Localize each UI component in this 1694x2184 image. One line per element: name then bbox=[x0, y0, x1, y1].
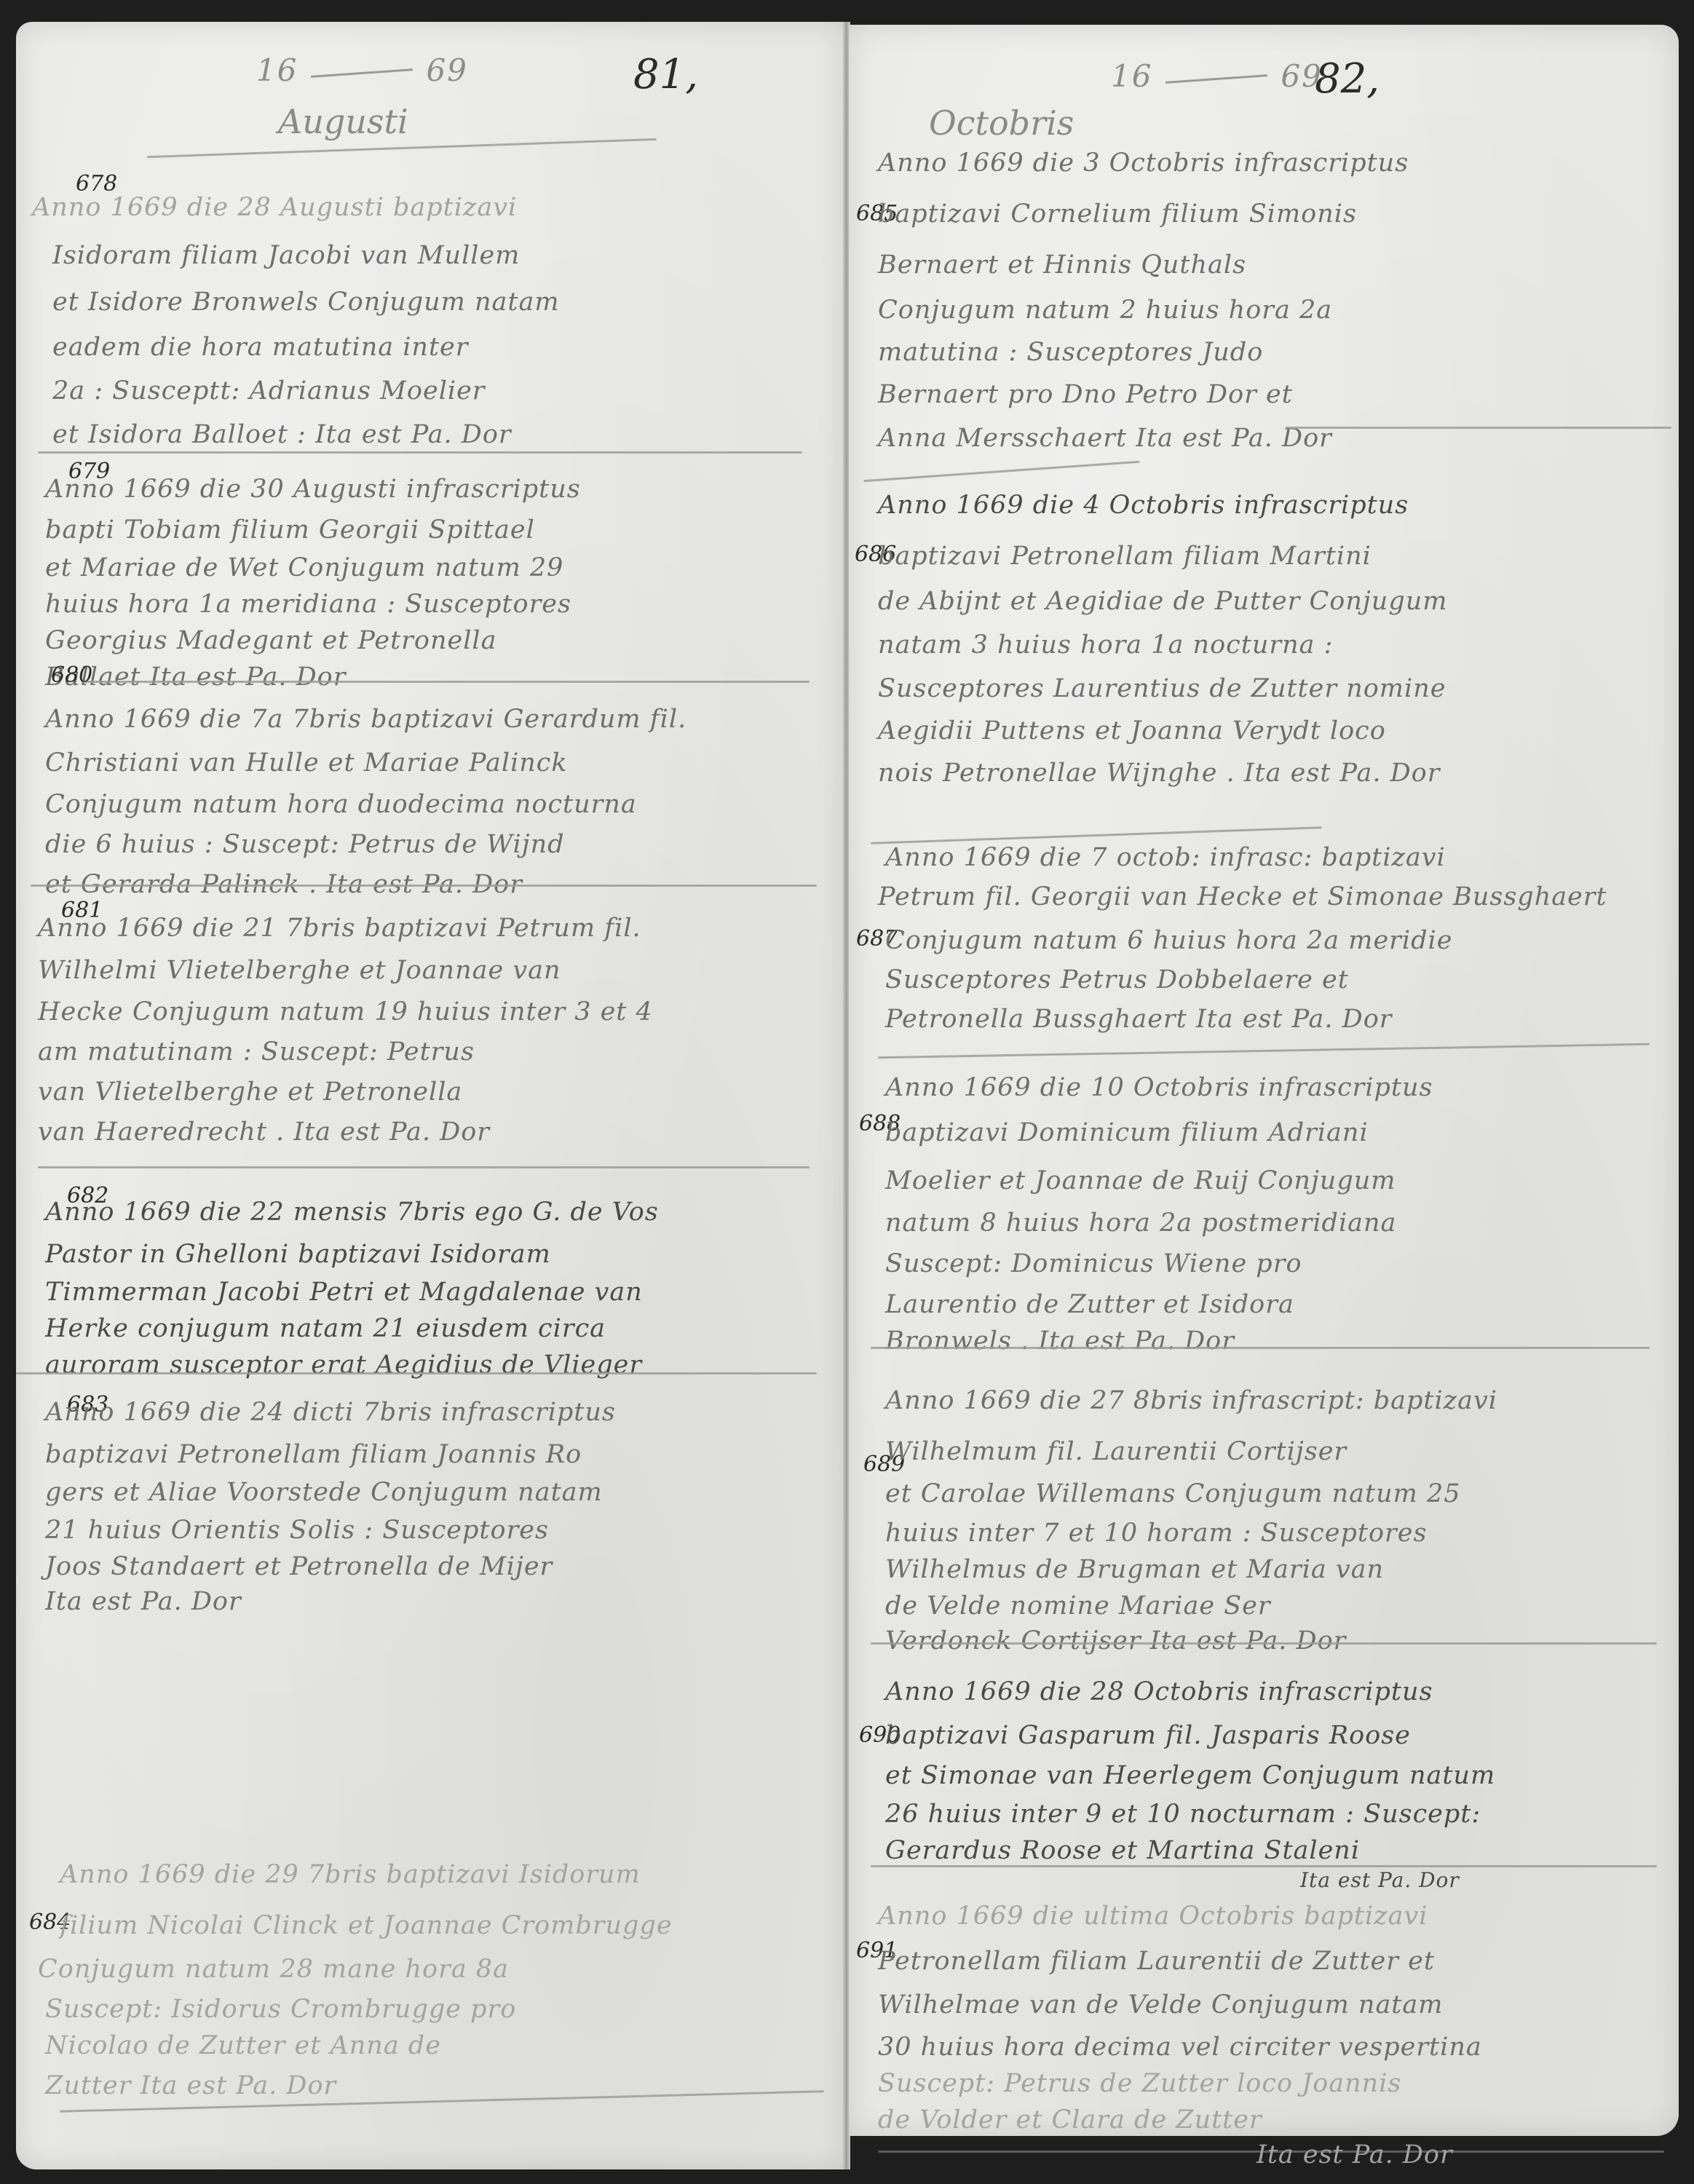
entry-line: auroram susceptor erat Aegidius de Vlieg… bbox=[45, 1350, 642, 1380]
entry-line: Anno 1669 die 27 8bris infrascript: bapt… bbox=[885, 1386, 1497, 1415]
entry-line: Ita est Pa. Dor bbox=[1256, 2140, 1453, 2169]
entry-line: Conjugum natum hora duodecima nocturna bbox=[45, 790, 637, 819]
entry-line: Anno 1669 die 7 octob: infrasc: baptizav… bbox=[885, 843, 1446, 872]
entry-line: Bernaert et Hinnis Quthals bbox=[878, 250, 1246, 280]
year-suffix: 69 bbox=[426, 52, 467, 88]
month-heading: Augusti bbox=[278, 102, 408, 141]
left-page-header: 1669 81, Augusti bbox=[16, 35, 844, 122]
entry-line: baptizavi Cornelium filium Simonis bbox=[878, 199, 1357, 229]
right-page: 1669 82, Octobris 685 Anno 1669 die 3 Oc… bbox=[849, 25, 1679, 2136]
entry-line: Anno 1669 die 22 mensis 7bris ego G. de … bbox=[45, 1198, 659, 1227]
entry-line: Anno 1669 die 10 Octobris infrascriptus bbox=[885, 1073, 1433, 1102]
entry-line: Gerardus Roose et Martina Staleni bbox=[885, 1836, 1360, 1865]
entry-separator bbox=[871, 1642, 1657, 1645]
entry-line: de Volder et Clara de Zutter bbox=[878, 2105, 1262, 2134]
entry-line: huius hora 1a meridiana : Susceptores bbox=[45, 590, 571, 619]
entry-line: eadem die hora matutina inter bbox=[52, 333, 468, 362]
entry-line: Aegidii Puttens et Joanna Verydt loco bbox=[878, 716, 1386, 745]
entry-line: Pastor in Ghelloni baptizavi Isidoram bbox=[45, 1240, 551, 1269]
entry-separator bbox=[871, 1865, 1657, 1867]
entry-line: am matutinam : Suscept: Petrus bbox=[38, 1037, 475, 1067]
year-flourish bbox=[1166, 74, 1268, 84]
entry-line: Wilhelmum fil. Laurentii Cortijser bbox=[885, 1437, 1347, 1466]
entry-line: die 6 huius : Suscept: Petrus de Wijnd bbox=[45, 830, 565, 859]
entry-line: Hecke Conjugum natum 19 huius inter 3 et… bbox=[38, 997, 653, 1026]
entry-line: bapti Tobiam filium Georgii Spittael bbox=[45, 515, 535, 545]
entry-line: 30 huius hora decima vel circiter vesper… bbox=[878, 2033, 1482, 2062]
entry-line: Anno 1669 die 28 Octobris infrascriptus bbox=[885, 1677, 1433, 1706]
entry-line: Bernaert pro Dno Petro Dor et bbox=[878, 380, 1293, 409]
entry-line: Anno 1669 die 29 7bris baptizavi Isidoru… bbox=[60, 1860, 641, 1889]
entry-line: Suscept: Dominicus Wiene pro bbox=[885, 1249, 1302, 1278]
year-heading: 1669 bbox=[1111, 58, 1323, 94]
year-heading: 1669 bbox=[256, 52, 468, 88]
entry-line: et Isidora Balloet : Ita est Pa. Dor bbox=[52, 420, 512, 449]
entry-line: et Isidore Bronwels Conjugum natam bbox=[52, 288, 560, 317]
entry-line: gers et Aliae Voorstede Conjugum natam bbox=[45, 1478, 603, 1507]
entry-line: Timmerman Jacobi Petri et Magdalenae van bbox=[45, 1278, 643, 1307]
entry-line: et Simonae van Heerlegem Conjugum natum bbox=[885, 1761, 1495, 1790]
entry-line: Herke conjugum natam 21 eiusdem circa bbox=[45, 1314, 606, 1343]
entry-line: Joos Standaert et Petronella de Mijer bbox=[45, 1552, 553, 1581]
entry-line: Ita est Pa. Dor bbox=[1300, 1868, 1460, 1892]
entry-line: Georgius Madegant et Petronella bbox=[45, 626, 497, 655]
entry-separator bbox=[38, 451, 802, 454]
entry-line: Suscept: Petrus de Zutter loco Joannis bbox=[878, 2069, 1401, 2098]
entry-separator bbox=[1286, 427, 1671, 429]
entry-line: nois Petronellae Wijnghe . Ita est Pa. D… bbox=[878, 759, 1441, 788]
entry-line: Conjugum natum 2 huius hora 2a bbox=[878, 296, 1332, 325]
entry-line: Isidoram filiam Jacobi van Mullem bbox=[52, 241, 520, 270]
entry-line: Petronellam filiam Laurentii de Zutter e… bbox=[878, 1947, 1435, 1976]
entry-line: baptizavi Petronellam filiam Martini bbox=[878, 542, 1372, 571]
entry-line: Verdonck Cortijser Ita est Pa. Dor bbox=[885, 1626, 1346, 1655]
entry-line: Moelier et Joannae de Ruij Conjugum bbox=[885, 1166, 1396, 1195]
entry-line: van Haeredrecht . Ita est Pa. Dor bbox=[38, 1117, 490, 1147]
entry-line: Christiani van Hulle et Mariae Palinck bbox=[45, 748, 568, 778]
entry-line: baptizavi Dominicum filium Adriani bbox=[885, 1118, 1369, 1147]
entry-separator bbox=[38, 1166, 810, 1168]
year-prefix: 16 bbox=[1111, 58, 1152, 94]
entry-line: Susceptores Laurentius de Zutter nomine bbox=[878, 674, 1446, 703]
entry-line: Petrum fil. Georgii van Hecke et Simonae… bbox=[878, 882, 1607, 911]
entry-line: Conjugum natum 6 huius hora 2a meridie bbox=[885, 926, 1452, 955]
entry-separator bbox=[871, 826, 1322, 844]
entry-line: van Vlietelberghe et Petronella bbox=[38, 1077, 462, 1107]
entry-line: Anno 1669 die 30 Augusti infrascriptus bbox=[45, 475, 581, 504]
entry-line: baptizavi Gasparum fil. Jasparis Roose bbox=[885, 1721, 1411, 1750]
entry-line: matutina : Susceptores Judo bbox=[878, 338, 1263, 367]
entry-line: Anna Mersschaert Ita est Pa. Dor bbox=[878, 424, 1332, 453]
entry-line: de Velde nomine Mariae Ser bbox=[885, 1591, 1271, 1621]
entry-separator bbox=[16, 1372, 817, 1374]
entry-separator bbox=[82, 681, 810, 683]
entry-line: Petronella Bussghaert Ita est Pa. Dor bbox=[885, 1005, 1393, 1034]
entry-line: Wilhelmus de Brugman et Maria van bbox=[885, 1555, 1384, 1584]
entry-number: 680 bbox=[51, 662, 92, 688]
folio-number: 82, bbox=[1315, 55, 1380, 103]
year-flourish bbox=[312, 68, 413, 78]
entry-line: 21 huius Orientis Solis : Susceptores bbox=[45, 1516, 549, 1545]
folio-number: 81, bbox=[633, 51, 698, 98]
entry-line: Wilhelmae van de Velde Conjugum natam bbox=[878, 1990, 1443, 2019]
entry-line: natam 3 huius hora 1a nocturna : bbox=[878, 630, 1333, 660]
entry-separator bbox=[878, 2151, 1664, 2153]
entry-separator bbox=[871, 1347, 1650, 1349]
entry-line: de Abijnt et Aegidiae de Putter Conjugum bbox=[878, 587, 1447, 616]
entry-line: Zutter Ita est Pa. Dor bbox=[45, 2071, 336, 2100]
entry-line: Conjugum natum 28 mane hora 8a bbox=[38, 1955, 509, 1984]
month-heading: Octobris bbox=[929, 103, 1074, 143]
entry-line: baptizavi Petronellam filiam Joannis Ro bbox=[45, 1440, 582, 1469]
entry-line: Ita est Pa. Dor bbox=[45, 1587, 242, 1616]
entry-line: Bronwels . Ita est Pa. Dor bbox=[885, 1326, 1235, 1356]
entry-line: natum 8 huius hora 2a postmeridiana bbox=[885, 1208, 1396, 1238]
entry-line: Wilhelmi Vlietelberghe et Joannae van bbox=[38, 956, 561, 985]
entry-line: Anno 1669 die 3 Octobris infrascriptus bbox=[878, 149, 1409, 178]
entry-line: Anno 1669 die ultima Octobris baptizavi bbox=[878, 1902, 1428, 1931]
entry-separator bbox=[863, 461, 1139, 483]
entry-line: Anno 1669 die 4 Octobris infrascriptus bbox=[878, 491, 1409, 520]
entry-line: Suscept: Isidorus Crombrugge pro bbox=[45, 1995, 516, 2024]
entry-line: Nicolao de Zutter et Anna de bbox=[45, 2031, 441, 2060]
entry-line: Anno 1669 die 7a 7bris baptizavi Gerardu… bbox=[45, 705, 686, 734]
left-page: 1669 81, Augusti 678 Anno 1669 die 28 Au… bbox=[16, 22, 844, 2169]
entry-separator bbox=[878, 1043, 1650, 1059]
entry-separator bbox=[31, 885, 817, 887]
entry-line: 2a : Susceptt: Adrianus Moelier bbox=[52, 376, 486, 405]
entry-line: Susceptores Petrus Dobbelaere et bbox=[885, 965, 1349, 994]
entry-line: Anno 1669 die 24 dicti 7bris infrascript… bbox=[45, 1398, 616, 1427]
year-prefix: 16 bbox=[256, 52, 298, 88]
entry-line: Laurentio de Zutter et Isidora bbox=[885, 1290, 1294, 1319]
entry-line: Anno 1669 die 28 Augusti baptizavi bbox=[32, 193, 517, 222]
entry-line: et Carolae Willemans Conjugum natum 25 bbox=[885, 1479, 1461, 1508]
entry-line: huius inter 7 et 10 horam : Susceptores bbox=[885, 1519, 1427, 1548]
entry-line: et Mariae de Wet Conjugum natum 29 bbox=[45, 553, 563, 582]
right-page-header: 1669 82, Octobris bbox=[849, 38, 1679, 125]
entry-line: 26 huius inter 9 et 10 nocturnam : Susce… bbox=[885, 1800, 1481, 1829]
entry-line: filium Nicolai Clinck et Joannae Crombru… bbox=[60, 1911, 673, 1940]
entry-line: Anno 1669 die 21 7bris baptizavi Petrum … bbox=[38, 914, 641, 943]
